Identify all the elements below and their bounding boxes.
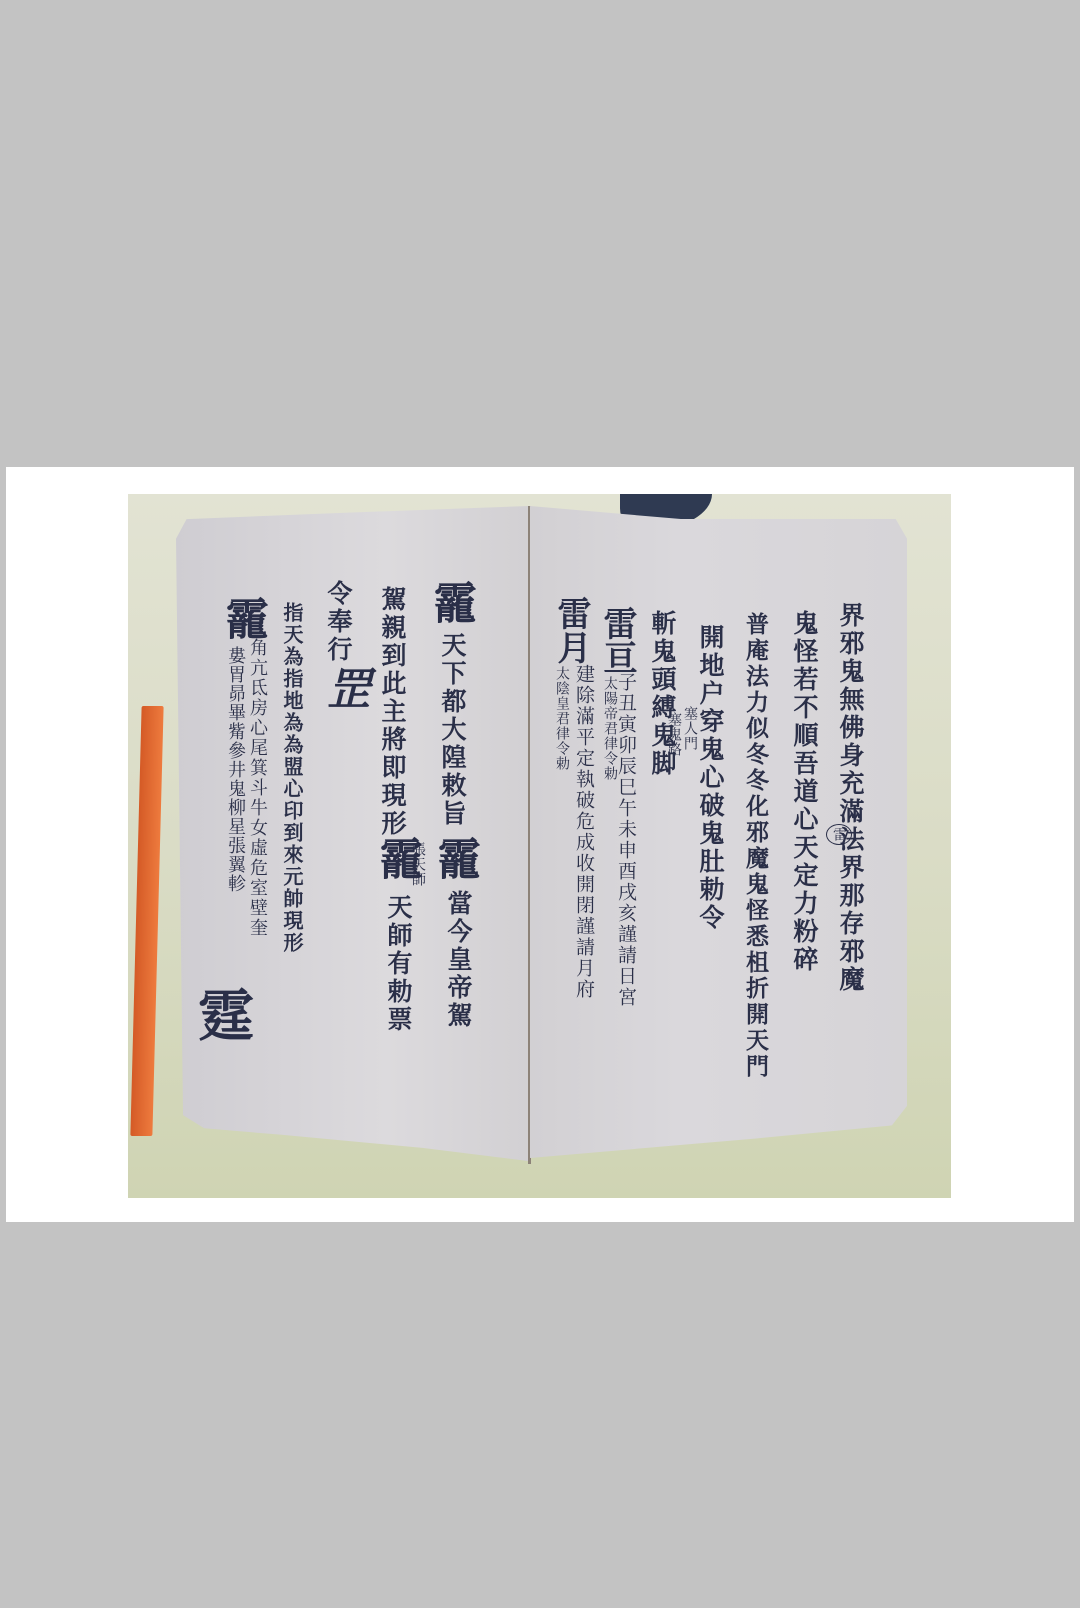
text-column: 令奉行 <box>326 580 351 664</box>
sigil-glyph: 罡 <box>322 666 366 710</box>
right-page: 界邪鬼無佛身充滿法界那存邪魔 鬼怪若不順吾道心天定力粉碎 雷 普庵法力似冬冬化邪… <box>530 506 907 1158</box>
talisman-glyph: 靇 <box>432 836 476 880</box>
talisman-glyph: 雷月 <box>554 596 588 664</box>
text-column: 鬼怪若不順吾道心天定力粉碎 <box>792 610 817 974</box>
talisman-glyph: 雷亘 <box>600 606 634 674</box>
text-column: 開地户穿鬼心破鬼肚勅令 <box>698 624 723 932</box>
thunder-seal: 雷 <box>826 824 852 845</box>
text-column: 當今皇帝駕 <box>446 890 471 1030</box>
star-mansions-column: 婁胃昴畢觜參井鬼柳星張翼軫 <box>226 646 244 893</box>
text-column: 駕親到此主將即現形 <box>380 586 405 838</box>
text-column: 天下都大隍敕旨 <box>440 632 465 828</box>
text-column: 指天為指地為為盟心印到來元帥現形 <box>282 602 302 954</box>
talisman-glyph: 靇 <box>220 596 264 640</box>
left-page: 靇 天下都大隍敕旨 靇 當今皇帝駕 駕親到此主將即現形 靇 張天師 天師有勅票 … <box>176 506 528 1161</box>
talisman-glyph: 霆 <box>194 986 250 1042</box>
text-column: 天師有勅票 <box>386 894 411 1034</box>
manuscript-photo: 靇 天下都大隍敕旨 靇 當今皇帝駕 駕親到此主將即現形 靇 張天師 天師有勅票 … <box>128 494 951 1198</box>
annotation: 太陰皇君律令勅 <box>552 666 572 771</box>
talisman-glyph: 靇 <box>428 580 472 624</box>
text-column: 斬鬼頭縛鬼脚 <box>650 610 675 778</box>
talisman-annotation: 張天師 <box>408 842 428 887</box>
star-mansions-column: 角亢氐房心尾箕斗牛女虛危室壁奎 <box>248 638 266 938</box>
annotation: 太陽帝君律令勅 <box>600 676 620 781</box>
orange-spine-tab <box>130 706 163 1136</box>
text-column: 界邪鬼無佛身充滿法界那存邪魔 <box>838 602 863 994</box>
twelve-officers-column: 建除滿平定執破危成收開閉謹請月府 <box>574 664 593 1000</box>
text-column: 普庵法力似冬冬化邪魔鬼怪悉柤折開天門 <box>744 612 767 1080</box>
